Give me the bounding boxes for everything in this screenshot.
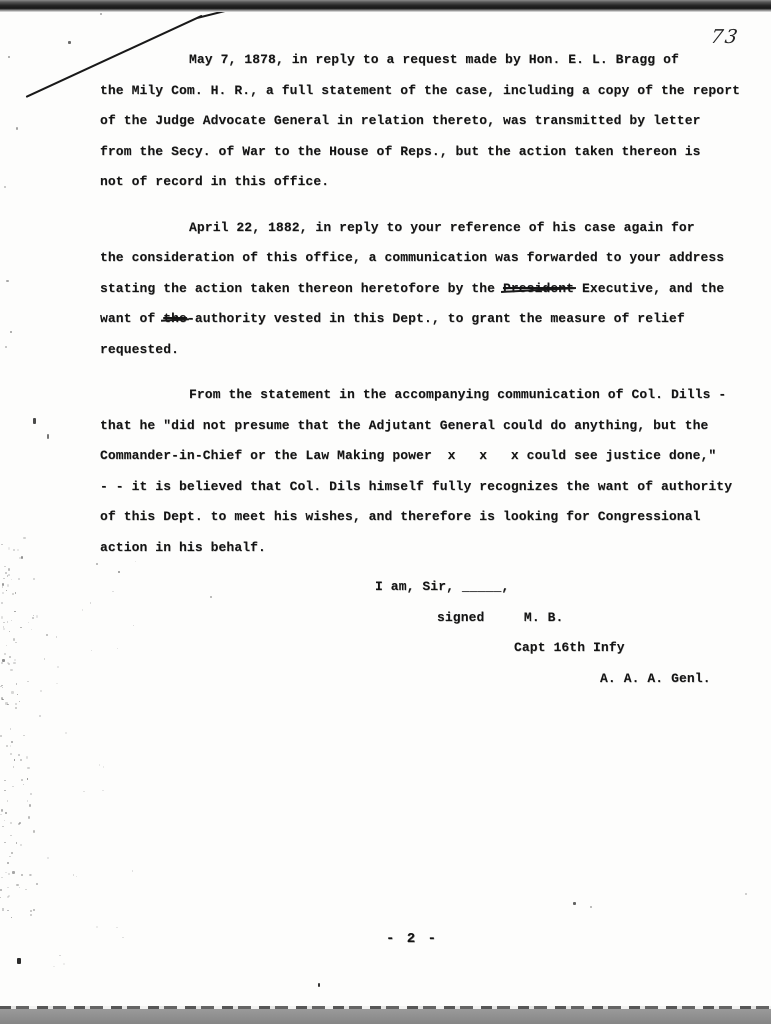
text-segment: the consideration of this office, a comm…	[100, 250, 724, 265]
text-line: that he "did not presume that the Adjuta…	[100, 411, 760, 442]
paragraph: May 7, 1878, in reply to a request made …	[100, 45, 760, 198]
text-line: May 7, 1878, in reply to a request made …	[100, 45, 760, 76]
text-segment: requested.	[100, 342, 179, 357]
scan-edge-bottom	[0, 1009, 771, 1024]
document-page: - 2 - 73 May 7, 1878, in reply to a requ…	[0, 0, 771, 1024]
paragraph: From the statement in the accompanying c…	[100, 380, 760, 563]
text-segment: From the statement in the accompanying c…	[189, 387, 726, 402]
text-line: the Mily Com. H. R., a full statement of…	[100, 76, 760, 107]
text-segment: -authority vested in this Dept., to gran…	[187, 311, 685, 326]
page-number: 73	[709, 26, 741, 48]
text-line: April 22, 1882, in reply to your referen…	[100, 213, 760, 244]
text-segment: the Mily Com. H. R., a full statement of…	[100, 83, 740, 98]
scan-edge-top	[0, 0, 771, 12]
struck-word: the	[163, 311, 187, 326]
text-segment: of the Judge Advocate General in relatio…	[100, 113, 701, 128]
text-line: not of record in this office.	[100, 167, 760, 198]
text-line: requested.	[100, 335, 760, 366]
text-segment: not of record in this office.	[100, 174, 329, 189]
text-segment: from the Secy. of War to the House of Re…	[100, 144, 701, 159]
text-segment: that he "did not presume that the Adjuta…	[100, 418, 708, 433]
text-line: of this Dept. to meet his wishes, and th…	[100, 502, 760, 533]
text-segment: Commander-in-Chief or the Law Making pow…	[100, 448, 716, 463]
struck-word: President	[503, 281, 574, 296]
text-line: Commander-in-Chief or the Law Making pow…	[100, 441, 760, 472]
text-segment: Executive, and the	[574, 281, 724, 296]
closing-line: I am, Sir, _____,	[375, 572, 760, 603]
text-segment: May 7, 1878, in reply to a request made …	[189, 52, 679, 67]
paragraph: April 22, 1882, in reply to your referen…	[100, 213, 760, 366]
text-line: the consideration of this office, a comm…	[100, 243, 760, 274]
closing-line: A. A. A. Genl.	[600, 664, 760, 695]
text-line: stating the action taken thereon heretof…	[100, 274, 760, 305]
text-segment: stating the action taken thereon heretof…	[100, 281, 503, 296]
text-segment: of this Dept. to meet his wishes, and th…	[100, 509, 701, 524]
closing-line: signed M. B.	[437, 603, 760, 634]
text-line: of the Judge Advocate General in relatio…	[100, 106, 760, 137]
closing-block: I am, Sir, _____,signed M. B.Capt 16th I…	[100, 572, 760, 694]
text-line: From the statement in the accompanying c…	[100, 380, 760, 411]
text-segment: want of	[100, 311, 163, 326]
text-line: action in his behalf.	[100, 533, 760, 564]
text-line: want of the-authority vested in this Dep…	[100, 304, 760, 335]
text-segment: April 22, 1882, in reply to your referen…	[189, 220, 695, 235]
text-line: from the Secy. of War to the House of Re…	[100, 137, 760, 168]
text-line: - - it is believed that Col. Dils himsel…	[100, 472, 760, 503]
closing-line: Capt 16th Infy	[514, 633, 760, 664]
text-segment: action in his behalf.	[100, 540, 266, 555]
document-body: May 7, 1878, in reply to a request made …	[100, 45, 760, 694]
text-segment: - - it is believed that Col. Dils himsel…	[100, 479, 732, 494]
footer-page-number: - 2 -	[386, 931, 438, 947]
